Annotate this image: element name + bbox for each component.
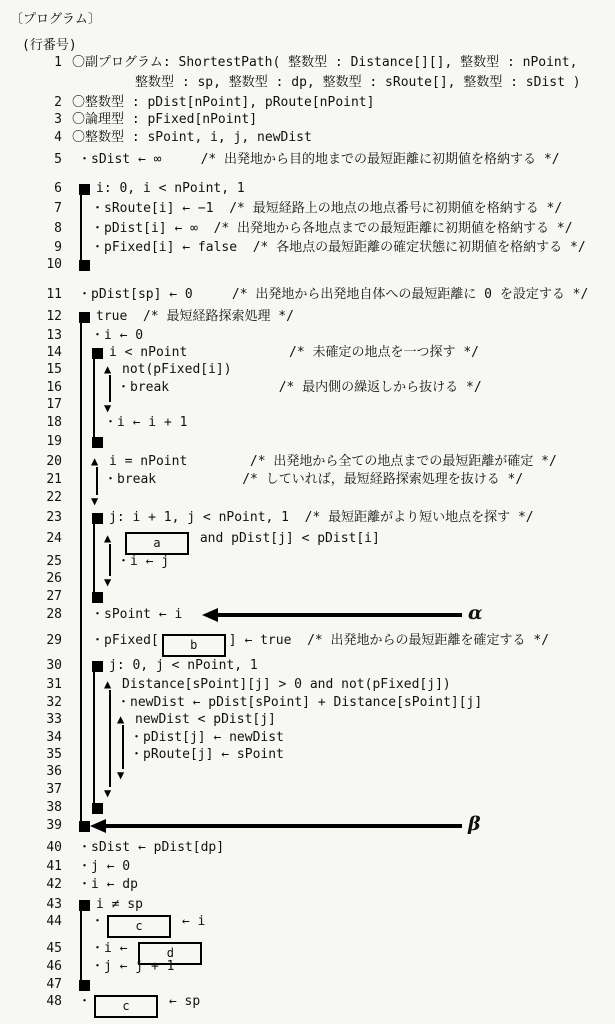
line-number: 20 xyxy=(28,453,62,471)
line-number: 2 xyxy=(28,94,62,112)
if-arrow-connector-icon xyxy=(109,375,111,402)
code-text: newDist < pDist[j] xyxy=(135,711,276,729)
code-text: ・pFixed[i] ← false /* 各地点の最短距離の確定状態に初期値を… xyxy=(91,239,586,257)
line-number: 10 xyxy=(28,256,62,274)
program-line: 4〇整数型 : sPoint, i, j, newDist xyxy=(0,129,615,147)
program-line: 42・i ← dp xyxy=(0,876,615,894)
line-number: 36 xyxy=(28,763,62,781)
code-text: 〇整数型 : sPoint, i, j, newDist xyxy=(72,129,312,147)
loop-connector xyxy=(93,518,95,597)
program-line: 47 xyxy=(0,976,615,994)
program-line: 10 xyxy=(0,256,615,274)
program-line: 11・pDist[sp] ← 0 /* 出発地から出発地自体への最短距離に 0 … xyxy=(0,286,615,304)
line-number: 47 xyxy=(28,976,62,994)
program-line: 46・j ← j + 1 xyxy=(0,958,615,976)
if-arrow-connector-icon xyxy=(122,725,124,769)
line-number: 44 xyxy=(28,913,62,931)
line-number-header: (行番号) xyxy=(22,34,77,53)
line-number: 40 xyxy=(28,839,62,857)
line-number: 18 xyxy=(28,414,62,432)
code-text: ・ xyxy=(78,994,91,1009)
code-text: 整数型 : sp, 整数型 : dp, 整数型 : sRoute[], 整数型 … xyxy=(135,74,581,92)
code-text: ・j ← 0 xyxy=(78,858,130,876)
line-number: 17 xyxy=(28,396,62,414)
program-line: 12true /* 最短経路探索処理 */ xyxy=(0,308,615,326)
program-line: 43i ≠ sp xyxy=(0,896,615,914)
line-number: 3 xyxy=(28,111,62,129)
line-number: 16 xyxy=(28,379,62,397)
code-text: ・newDist ← pDist[sPoint] + Distance[sPoi… xyxy=(117,694,482,712)
code-text: ・ xyxy=(91,914,104,929)
line-number: 41 xyxy=(28,858,62,876)
program-line: 21・break /* していれば，最短経路探索処理を抜ける */ xyxy=(0,471,615,489)
loop-connector xyxy=(80,905,82,985)
line-number: 39 xyxy=(28,817,62,835)
line-number: 6 xyxy=(28,180,62,198)
line-number: 27 xyxy=(28,588,62,606)
alpha-arrowhead-icon xyxy=(202,608,218,622)
answer-blank-c: c xyxy=(94,995,158,1018)
program-line: 29・pFixed[b] ← true /* 出発地からの最短距離を確定する *… xyxy=(0,632,615,650)
code-text: 〇論理型 : pFixed[nPoint] xyxy=(72,111,257,129)
code-text: ] ← true /* 出発地からの最短距離を確定する */ xyxy=(229,633,549,648)
program-line: 6i: 0, i < nPoint, 1 xyxy=(0,180,615,198)
line-number: 29 xyxy=(28,632,62,650)
code-text: i < nPoint /* 未確定の地点を一つ探す */ xyxy=(109,344,479,362)
code-text: true /* 最短経路探索処理 */ xyxy=(96,308,294,326)
line-number: 24 xyxy=(28,530,62,548)
line-number: 15 xyxy=(28,361,62,379)
code-text: ← sp xyxy=(161,994,200,1009)
loop-connector xyxy=(93,666,95,808)
code-text: ・pDist[sp] ← 0 /* 出発地から出発地自体への最短距離に 0 を設… xyxy=(78,286,588,304)
program-line: 41・j ← 0 xyxy=(0,858,615,876)
line-number: 46 xyxy=(28,958,62,976)
program-line: 13・i ← 0 xyxy=(0,327,615,345)
line-number: 1 xyxy=(28,54,62,72)
code-text: ・i ← dp xyxy=(78,876,138,894)
line-number: 8 xyxy=(28,220,62,238)
code-text: ・sPoint ← i xyxy=(91,606,182,624)
code-text: j: 0, j < nPoint, 1 xyxy=(109,657,258,675)
line-number: 45 xyxy=(28,940,62,958)
code-text: i = nPoint /* 出発地から全ての地点までの最短距離が確定 */ xyxy=(109,453,557,471)
answer-blank-c: c xyxy=(107,915,171,938)
if-arrow-connector-icon xyxy=(109,544,111,576)
line-number: 22 xyxy=(28,489,62,507)
code-text: j: i + 1, j < nPoint, 1 /* 最短距離がより短い地点を探… xyxy=(109,509,534,527)
line-number: 12 xyxy=(28,308,62,326)
line-number: 5 xyxy=(28,151,62,169)
program-line: 整数型 : sp, 整数型 : dp, 整数型 : sRoute[], 整数型 … xyxy=(0,74,615,92)
if-arrow-connector-icon xyxy=(96,467,98,495)
loop-connector xyxy=(80,317,82,826)
code-text: ・i ← j xyxy=(117,553,169,571)
code-text: ・pDist[i] ← ∞ /* 出発地から各地点までの最短距離に初期値を格納す… xyxy=(91,220,573,238)
code-text: 〇副プログラム: ShortestPath( 整数型 : Distance[][… xyxy=(72,54,577,72)
code-text: i: 0, i < nPoint, 1 xyxy=(96,180,245,198)
line-number: 43 xyxy=(28,896,62,914)
line-number: 26 xyxy=(28,570,62,588)
code-text: ・pRoute[j] ← sPoint xyxy=(130,746,284,764)
program-line: 5・sDist ← ∞ /* 出発地から目的地までの最短距離に初期値を格納する … xyxy=(0,151,615,169)
line-number: 19 xyxy=(28,433,62,451)
code-text: Distance[sPoint][j] > 0 and not(pFixed[j… xyxy=(122,676,451,694)
code-text: ・c ← sp xyxy=(78,993,200,1018)
line-number: 32 xyxy=(28,694,62,712)
code-text: and pDist[j] < pDist[i] xyxy=(192,531,380,546)
line-number: 30 xyxy=(28,657,62,675)
line-number: 13 xyxy=(28,327,62,345)
code-text: ・j ← j + 1 xyxy=(91,958,174,976)
code-text: ・pDist[j] ← newDist xyxy=(130,729,284,747)
code-text: i ≠ sp xyxy=(96,896,143,914)
program-line: 2〇整数型 : pDist[nPoint], pRoute[nPoint] xyxy=(0,94,615,112)
code-text: ← i xyxy=(174,914,205,929)
beta-arrowhead-icon xyxy=(90,819,106,833)
code-text: ・break /* 最内側の繰返しから抜ける */ xyxy=(117,379,482,397)
program-listing-page: 〔プログラム〕 (行番号) α β 1〇副プログラム: ShortestPath… xyxy=(0,0,615,1024)
if-arrow-connector-icon xyxy=(109,690,111,787)
line-number: 35 xyxy=(28,746,62,764)
line-number: 28 xyxy=(28,606,62,624)
line-number: 14 xyxy=(28,344,62,362)
code-text: ・sDist ← pDist[dp] xyxy=(78,839,224,857)
code-text: a and pDist[j] < pDist[i] xyxy=(122,530,380,555)
code-text: ・i ← 0 xyxy=(91,327,143,345)
code-text: ・i ← i + 1 xyxy=(104,414,187,432)
program-line: 3〇論理型 : pFixed[nPoint] xyxy=(0,111,615,129)
code-text: 〇整数型 : pDist[nPoint], pRoute[nPoint] xyxy=(72,94,374,112)
program-line: 9・pFixed[i] ← false /* 各地点の最短距離の確定状態に初期値… xyxy=(0,239,615,257)
code-text: ・c ← i xyxy=(91,913,205,938)
code-text: ・sRoute[i] ← −1 /* 最短経路上の地点の地点番号に初期値を格納す… xyxy=(91,200,562,218)
program-header: 〔プログラム〕 xyxy=(10,8,101,27)
line-number: 21 xyxy=(28,471,62,489)
program-line: 48・c ← sp xyxy=(0,993,615,1011)
alpha-arrow xyxy=(218,613,462,617)
program-line: 44・c ← i xyxy=(0,913,615,931)
code-text: ・i ← xyxy=(91,941,135,956)
line-number: 33 xyxy=(28,711,62,729)
code-text: not(pFixed[i]) xyxy=(122,361,232,379)
line-number: 11 xyxy=(28,286,62,304)
answer-blank-a: a xyxy=(125,532,189,555)
line-number: 9 xyxy=(28,239,62,257)
line-number: 42 xyxy=(28,876,62,894)
line-number: 38 xyxy=(28,799,62,817)
beta-arrow xyxy=(106,824,462,828)
answer-blank-b: b xyxy=(162,634,226,657)
line-number: 7 xyxy=(28,200,62,218)
line-number: 23 xyxy=(28,509,62,527)
line-number: 37 xyxy=(28,781,62,799)
loop-connector xyxy=(80,189,82,265)
code-text: ・pFixed[ xyxy=(91,633,159,648)
program-line: 8・pDist[i] ← ∞ /* 出発地から各地点までの最短距離に初期値を格納… xyxy=(0,220,615,238)
code-text: ・break /* していれば，最短経路探索処理を抜ける */ xyxy=(104,471,523,489)
code-text: ・sDist ← ∞ /* 出発地から目的地までの最短距離に初期値を格納する *… xyxy=(78,151,560,169)
alpha-label: α xyxy=(468,602,483,624)
line-number: 4 xyxy=(28,129,62,147)
beta-label: β xyxy=(468,813,481,835)
loop-connector xyxy=(93,353,95,442)
program-line: 40・sDist ← pDist[dp] xyxy=(0,839,615,857)
program-line: 7・sRoute[i] ← −1 /* 最短経路上の地点の地点番号に初期値を格納… xyxy=(0,200,615,218)
line-number: 25 xyxy=(28,553,62,571)
program-line: 1〇副プログラム: ShortestPath( 整数型 : Distance[]… xyxy=(0,54,615,72)
line-number: 48 xyxy=(28,993,62,1011)
line-number: 31 xyxy=(28,676,62,694)
program-line: 45・i ← d xyxy=(0,940,615,958)
code-text: ・pFixed[b] ← true /* 出発地からの最短距離を確定する */ xyxy=(91,632,549,657)
line-number: 34 xyxy=(28,729,62,747)
